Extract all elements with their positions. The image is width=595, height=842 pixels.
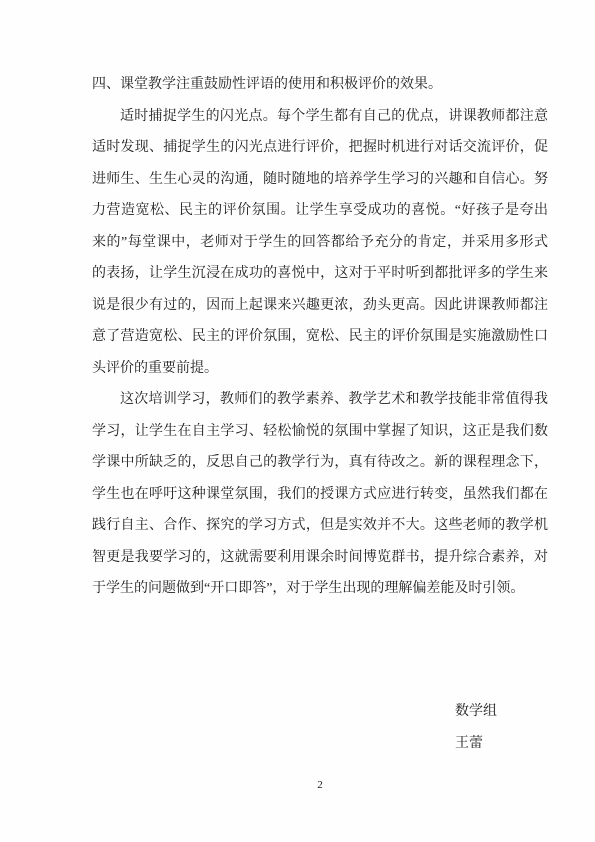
section-heading: 四、课堂教学注重鼓励性评语的使用和积极评价的效果。 — [92, 69, 548, 101]
text-line: 践行自主、合作、探究的学习方式，但是实效并不大。这些老师的教学机 — [92, 510, 548, 542]
text-line: 力营造宽松、民主的评价氛围。让学生享受成功的喜悦。“好孩子是夸出 — [92, 195, 548, 227]
text-line: 适时发现、捕捉学生的闪光点进行评价，把握时机进行对话交流评价，促 — [92, 132, 548, 164]
text-line: 的表扬，让学生沉浸在成功的喜悦中，这对于平时听到都批评多的学生来 — [92, 258, 548, 290]
text-line: 学习，让学生在自主学习、轻松愉悦的氛围中掌握了知识，这正是我们数 — [92, 416, 548, 448]
text-column: 四、课堂教学注重鼓励性评语的使用和积极评价的效果。 适时捕捉学生的闪光点。每个学… — [92, 69, 548, 605]
signature-group: 数学组 — [455, 696, 497, 728]
text-line: 学课中所缺乏的，反思自己的教学行为，真有待改之。新的课程理念下， — [92, 447, 548, 479]
signature-block: 数学组 王蕾 — [455, 696, 497, 759]
document-page: 四、课堂教学注重鼓励性评语的使用和积极评价的效果。 适时捕捉学生的闪光点。每个学… — [0, 0, 595, 842]
text-line: 这次培训学习，教师们的教学素养、教学艺术和教学技能非常值得我 — [92, 384, 548, 416]
paragraphs: 适时捕捉学生的闪光点。每个学生都有自己的优点，讲课教师都注意适时发现、捕捉学生的… — [92, 101, 548, 605]
signature-name: 王蕾 — [455, 728, 497, 760]
text-line: 说是很少有过的，因而上起课来兴趣更浓，劲头更高。因此讲课教师都注 — [92, 290, 548, 322]
page-number: 2 — [92, 778, 548, 792]
text-line: 于学生的问题做到“开口即答”，对于学生出现的理解偏差能及时引领。 — [92, 573, 548, 605]
text-line: 智更是我要学习的，这就需要利用课余时间博览群书，提升综合素养，对 — [92, 542, 548, 574]
text-line: 适时捕捉学生的闪光点。每个学生都有自己的优点，讲课教师都注意 — [92, 101, 548, 133]
text-line: 头评价的重要前提。 — [92, 353, 548, 385]
text-line: 进师生、生生心灵的沟通，随时随地的培养学生学习的兴趣和自信心。努 — [92, 164, 548, 196]
text-line: 意了营造宽松、民主的评价氛围，宽松、民主的评价氛围是实施激励性口 — [92, 321, 548, 353]
text-line: 学生也在呼吁这种课堂氛围，我们的授课方式应进行转变，虽然我们都在 — [92, 479, 548, 511]
text-line: 来的”每堂课中，老师对于学生的回答都给予充分的肯定，并采用多形式 — [92, 227, 548, 259]
